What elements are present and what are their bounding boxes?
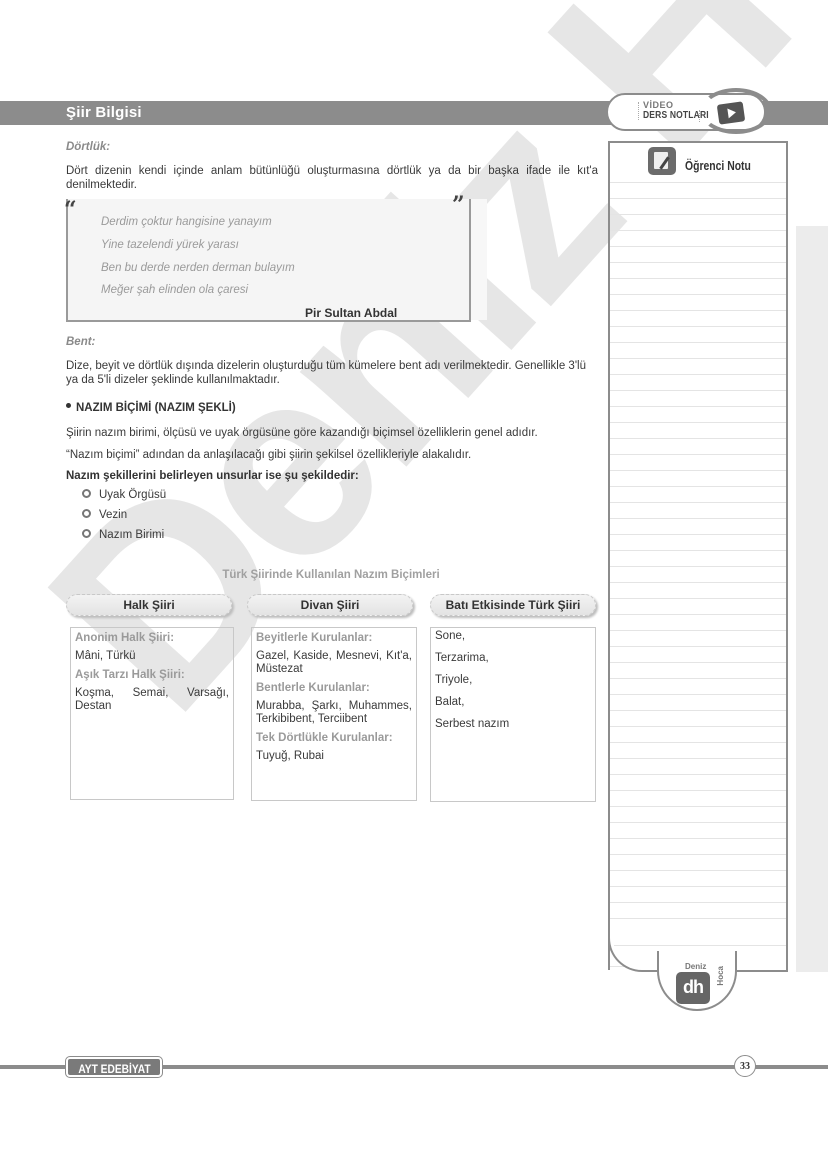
poem-line: Ben bu derde nerden derman bulayım bbox=[101, 262, 295, 274]
group-label: Anonim Halk Şiiri: bbox=[75, 632, 229, 644]
close-quote-icon: ” bbox=[452, 194, 465, 216]
list-value: Triyole, bbox=[435, 674, 591, 687]
column-box-halk-siiri: Anonim Halk Şiiri: Mâni, Türkü Aşık Tarz… bbox=[70, 627, 234, 800]
section-heading-text: NAZIM BİÇİMİ (NAZIM ŞEKLİ) bbox=[76, 402, 236, 414]
list-value: Balat, bbox=[435, 696, 591, 709]
group-value: Mâni, Türkü bbox=[75, 650, 229, 663]
list-value: Sone, bbox=[435, 630, 591, 643]
footer-subject-text: AYT EDEBİYAT bbox=[78, 1059, 150, 1079]
video-badge-line1: VİDEO bbox=[643, 100, 674, 110]
column-header-bati-etkisinde: Batı Etkisinde Türk Şiiri bbox=[430, 594, 596, 616]
logo-text-hoca: Hoca bbox=[716, 966, 725, 986]
group-label: Aşık Tarzı Halk Şiiri: bbox=[75, 669, 229, 681]
list-item: Nazım Birimi bbox=[82, 529, 164, 541]
quote-box-edge bbox=[471, 199, 487, 320]
ring-bullet-icon bbox=[82, 529, 91, 538]
group-label: Beyitlerle Kurulanlar: bbox=[256, 632, 412, 644]
ring-bullet-icon bbox=[82, 509, 91, 518]
logo-text-deniz: Deniz bbox=[685, 962, 706, 971]
group-value: Tuyuğ, Rubai bbox=[256, 750, 412, 763]
group-value: Koşma, Semai, Varsağı, Destan bbox=[75, 687, 229, 713]
list-item: Vezin bbox=[82, 509, 127, 521]
list-value: Serbest nazım bbox=[435, 718, 591, 731]
list-heading: Nazım şekillerini belirleyen unsurlar is… bbox=[66, 470, 359, 482]
group-value: Murabba, Şarkı, Muhammes, Terkibibent, T… bbox=[256, 700, 412, 726]
section-heading-nazim-bicimi: NAZIM BİÇİMİ (NAZIM ŞEKLİ) bbox=[66, 402, 236, 414]
list-item-text: Nazım Birimi bbox=[99, 529, 164, 541]
page-title: Şiir Bilgisi bbox=[66, 104, 142, 121]
subheading-dortluk: Dörtlük: bbox=[66, 141, 110, 153]
group-label: Tek Dörtlükle Kurulanlar: bbox=[256, 732, 412, 744]
decorative-dots bbox=[638, 102, 641, 120]
list-item: Uyak Örgüsü bbox=[82, 489, 166, 501]
paragraph-bent: Dize, beyit ve dörtlük dışında dizelerin… bbox=[66, 359, 600, 387]
poem-line: Yine tazelendi yürek yarası bbox=[101, 239, 239, 251]
list-value: Terzarima, bbox=[435, 652, 591, 665]
poem-author: Pir Sultan Abdal bbox=[305, 306, 397, 320]
play-video-icon[interactable] bbox=[717, 101, 746, 124]
note-pencil-icon bbox=[648, 147, 676, 175]
subheading-bent: Bent: bbox=[66, 336, 95, 348]
student-notes-panel bbox=[608, 141, 788, 970]
poem-line: Meğer şah elinden ola çaresi bbox=[101, 284, 248, 296]
group-label: Bentlerle Kurulanlar: bbox=[256, 682, 412, 694]
notes-title: Öğrenci Notu bbox=[685, 158, 751, 173]
ring-bullet-icon bbox=[82, 489, 91, 498]
page-number: 33 bbox=[734, 1055, 756, 1077]
bullet-dot-icon bbox=[66, 403, 71, 408]
video-badge-line2: DERS NOTLARI bbox=[643, 110, 709, 121]
open-quote-icon: “ bbox=[64, 199, 77, 221]
column-header-halk-siiri: Halk Şiiri bbox=[66, 594, 232, 616]
paragraph-dortluk: Dört dizenin kendi içinde anlam bütünlüğ… bbox=[66, 164, 598, 192]
column-header-divan-siiri: Divan Şiiri bbox=[247, 594, 413, 616]
dh-logo-icon: dh bbox=[676, 972, 710, 1004]
paragraph-nazim-2: “Nazım biçimi” adından da anlaşılacağı g… bbox=[66, 448, 601, 462]
poem-line: Derdim çoktur hangisine yanayım bbox=[101, 216, 272, 228]
list-item-text: Vezin bbox=[99, 509, 127, 521]
group-value: Gazel, Kaside, Mesnevi, Kıt'a, Müstezat bbox=[256, 650, 412, 676]
side-strip bbox=[796, 226, 828, 972]
paragraph-nazim-1: Şiirin nazım birimi, ölçüsü ve uyak örgü… bbox=[66, 426, 601, 440]
list-item-text: Uyak Örgüsü bbox=[99, 489, 166, 501]
footer-subject-tag: AYT EDEBİYAT bbox=[66, 1057, 162, 1077]
column-box-divan-siiri: Beyitlerle Kurulanlar: Gazel, Kaside, Me… bbox=[251, 627, 417, 801]
column-box-bati-etkisinde: Sone, Terzarima, Triyole, Balat, Serbest… bbox=[430, 627, 596, 802]
table-title: Türk Şiirinde Kullanılan Nazım Biçimleri bbox=[66, 569, 596, 581]
